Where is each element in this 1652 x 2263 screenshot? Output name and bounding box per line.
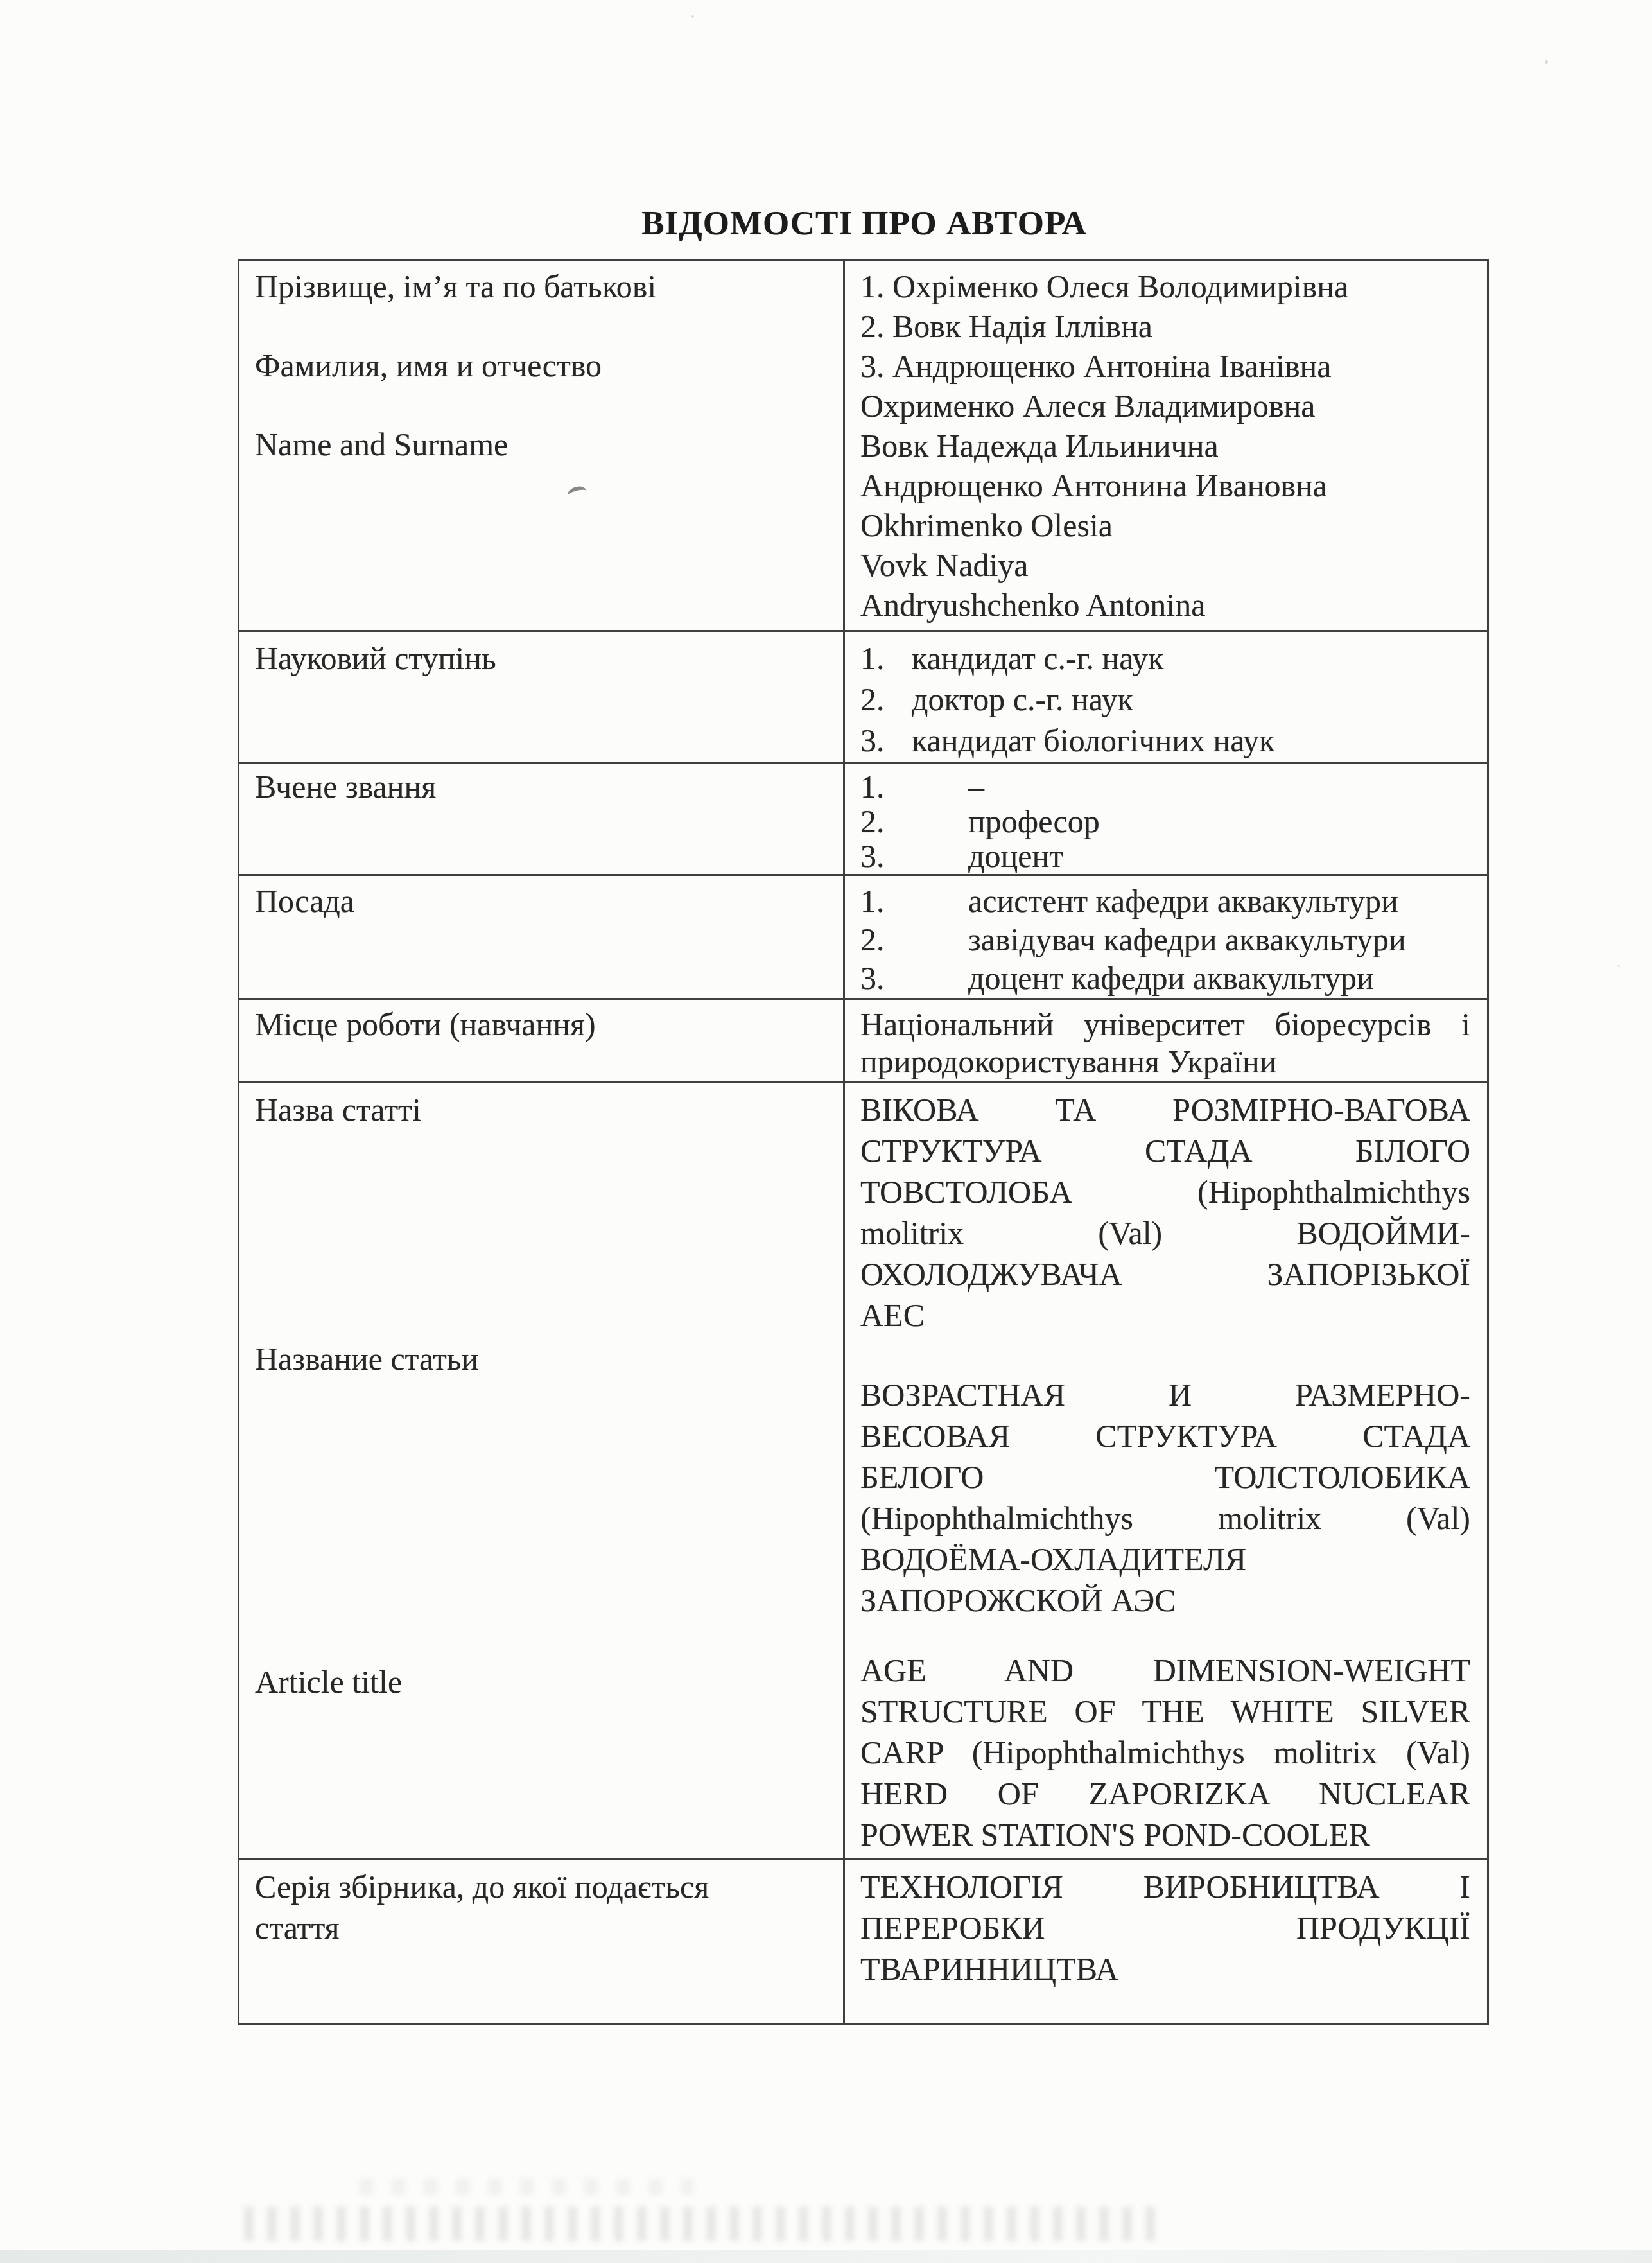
scan-bleedthrough-ghost xyxy=(244,2206,1156,2241)
item-number: 1. xyxy=(860,882,968,920)
item-text: доцент кафедри аквакультури xyxy=(968,960,1374,996)
cell-label-degree: Науковий ступінь xyxy=(239,630,843,762)
text-line: ВОЗРАСТНАЯ И РАЗМЕРНО- xyxy=(860,1374,1470,1415)
cell-value-workplace: Національний університет біоресурсів іпр… xyxy=(843,998,1487,1081)
text-line: HERD OF ZAPORIZKA NUCLEAR xyxy=(860,1773,1470,1814)
item-text: асистент кафедри аквакультури xyxy=(968,883,1398,919)
cell-label-rank: Вчене звання xyxy=(239,762,843,874)
text-line: ПЕРЕРОБКИ ПРОДУКЦІЇ xyxy=(860,1907,1470,1948)
item-text: доктор с.-г. наук xyxy=(912,681,1133,717)
cell-value-names: 1. Охріменко Олеся Володимирівна2. Вовк … xyxy=(843,261,1487,630)
article-title-ru: ВОЗРАСТНАЯ И РАЗМЕРНО-ВЕСОВАЯ СТРУКТУРА … xyxy=(860,1374,1470,1621)
text-line: (Hipophthalmichthys molitrix (Val) xyxy=(860,1498,1470,1539)
text-line: ТОВСТОЛОБА (Hipophthalmichthys xyxy=(860,1171,1470,1212)
item-text: доцент xyxy=(968,838,1063,874)
author-info-table: Прізвище, ім’я та по батькові Фамилия, и… xyxy=(238,259,1489,2025)
label-surname-ru: Фамилия, имя и отчество xyxy=(255,345,826,385)
item-text: кандидат с.-г. наук xyxy=(912,640,1163,676)
scan-bottom-strip xyxy=(0,2250,1652,2263)
item-number: 3. xyxy=(860,959,968,997)
text-line: Національний університет біоресурсів і xyxy=(860,1006,1470,1043)
numbered-item: 3.доцент кафедри аквакультури xyxy=(860,959,1470,997)
scan-bleedthrough-ghost xyxy=(360,2178,693,2195)
text-line: стаття xyxy=(255,1907,826,1948)
text-line: molitrix (Val) ВОДОЙМИ- xyxy=(860,1212,1470,1254)
text-line: AGE AND DIMENSION-WEIGHT xyxy=(860,1650,1470,1691)
text-line: 3. Андрющенко Антоніна Іванівна xyxy=(860,346,1470,386)
text-line: ЗАПОРОЖСКОЙ АЭС xyxy=(860,1580,1470,1621)
text-line: Серія збірника, до якої подається xyxy=(255,1866,826,1907)
item-text: кандидат біологічних наук xyxy=(912,722,1274,758)
text-line: Vovk Nadiya xyxy=(860,545,1470,585)
item-number: 2. xyxy=(860,804,968,839)
label-surname-ua: Прізвище, ім’я та по батькові xyxy=(255,266,826,306)
document-title: ВІДОМОСТІ ПРО АВТОРА xyxy=(239,204,1489,243)
text-line: ВЕСОВАЯ СТРУКТУРА СТАДА xyxy=(860,1415,1470,1456)
text-line: POWER STATION'S POND-COOLER xyxy=(860,1814,1470,1855)
item-number: 3. xyxy=(860,839,968,873)
item-number: 1. xyxy=(860,638,912,679)
label-workplace: Місце роботи (навчання) xyxy=(255,1006,826,1043)
cell-value-series: ТЕХНОЛОГІЯ ВИРОБНИЦТВА ІПЕРЕРОБКИ ПРОДУК… xyxy=(843,1858,1487,2023)
label-surname-en: Name and Surname xyxy=(255,424,826,464)
text-line: 1. Охріменко Олеся Володимирівна xyxy=(860,266,1470,306)
item-number: 1. xyxy=(860,769,968,804)
item-text: завідувач кафедри аквакультури xyxy=(968,922,1406,957)
text-line: природокористування України xyxy=(860,1043,1470,1080)
text-line: ВОДОЁМА-ОХЛАДИТЕЛЯ xyxy=(860,1539,1470,1580)
text-line: STRUCTURE OF THE WHITE SILVER xyxy=(860,1691,1470,1732)
text-line: ТЕХНОЛОГІЯ ВИРОБНИЦТВА І xyxy=(860,1866,1470,1907)
text-line: Андрющенко Антонина Ивановна xyxy=(860,466,1470,505)
numbered-item: 1.асистент кафедри аквакультури xyxy=(860,882,1470,920)
cell-value-degree: 1.кандидат с.-г. наук2.доктор с.-г. наук… xyxy=(843,630,1487,762)
label-rank: Вчене звання xyxy=(255,769,826,804)
numbered-item: 1.кандидат с.-г. наук xyxy=(860,638,1470,679)
text-line: Andryushchenko Antonina xyxy=(860,585,1470,625)
scanned-page: { "doc": { "title": "ВІДОМОСТІ ПРО АВТОР… xyxy=(0,0,1652,2263)
text-line: СТРУКТУРА СТАДА БІЛОГО xyxy=(860,1130,1470,1171)
scan-speck xyxy=(691,15,694,18)
text-line: 2. Вовк Надія Іллівна xyxy=(860,306,1470,346)
item-text: професор xyxy=(968,803,1100,839)
numbered-item: 3.доцент xyxy=(860,839,1470,873)
text-line: АЕС xyxy=(860,1295,1470,1336)
text-line: БЕЛОГО ТОЛСТОЛОБИКА xyxy=(860,1456,1470,1498)
text-line: ВІКОВА ТА РОЗМІРНО-ВАГОВА xyxy=(860,1089,1470,1130)
cell-label-position: Посада xyxy=(239,874,843,998)
label-article-ru: Название статьи xyxy=(255,1338,826,1379)
item-number: 3. xyxy=(860,720,912,761)
text-line: Охрименко Алеся Владимировна xyxy=(860,386,1470,426)
label-position: Посада xyxy=(255,882,826,920)
text-line: CARP (Hipophthalmichthys molitrix (Val) xyxy=(860,1732,1470,1773)
item-number: 2. xyxy=(860,679,912,720)
cell-value-position: 1.асистент кафедри аквакультури2.завідув… xyxy=(843,874,1487,998)
label-article-en: Article title xyxy=(255,1661,826,1702)
article-title-en: AGE AND DIMENSION-WEIGHTSTRUCTURE OF THE… xyxy=(860,1650,1470,1855)
cell-label-workplace: Місце роботи (навчання) xyxy=(239,998,843,1081)
numbered-item: 2.завідувач кафедри аквакультури xyxy=(860,920,1470,959)
cell-label-series: Серія збірника, до якої подаєтьсястаття xyxy=(239,1858,843,2023)
numbered-item: 2.професор xyxy=(860,804,1470,839)
cell-value-article: ВІКОВА ТА РОЗМІРНО-ВАГОВАСТРУКТУРА СТАДА… xyxy=(843,1081,1487,1858)
numbered-item: 3.кандидат біологічних наук xyxy=(860,720,1470,761)
text-line: ОХОЛОДЖУВАЧА ЗАПОРІЗЬКОЇ xyxy=(860,1254,1470,1295)
scan-speck xyxy=(1545,60,1548,64)
cell-label-article: Назва статті Название статьи Article tit… xyxy=(239,1081,843,1858)
numbered-item: 1.– xyxy=(860,769,1470,804)
label-degree: Науковий ступінь xyxy=(255,638,826,679)
cell-label-names: Прізвище, ім’я та по батькові Фамилия, и… xyxy=(239,261,843,630)
text-line: Okhrimenko Olesia xyxy=(860,505,1470,545)
item-number: 2. xyxy=(860,920,968,959)
label-article-ua: Назва статті xyxy=(255,1089,826,1130)
item-text: – xyxy=(968,769,984,805)
numbered-item: 2.доктор с.-г. наук xyxy=(860,679,1470,720)
scan-speck xyxy=(1617,965,1620,967)
article-title-ua: ВІКОВА ТА РОЗМІРНО-ВАГОВАСТРУКТУРА СТАДА… xyxy=(860,1089,1470,1336)
text-line: Вовк Надежда Ильинична xyxy=(860,426,1470,466)
cell-value-rank: 1.–2.професор3.доцент xyxy=(843,762,1487,874)
text-line: ТВАРИННИЦТВА xyxy=(860,1948,1470,1989)
